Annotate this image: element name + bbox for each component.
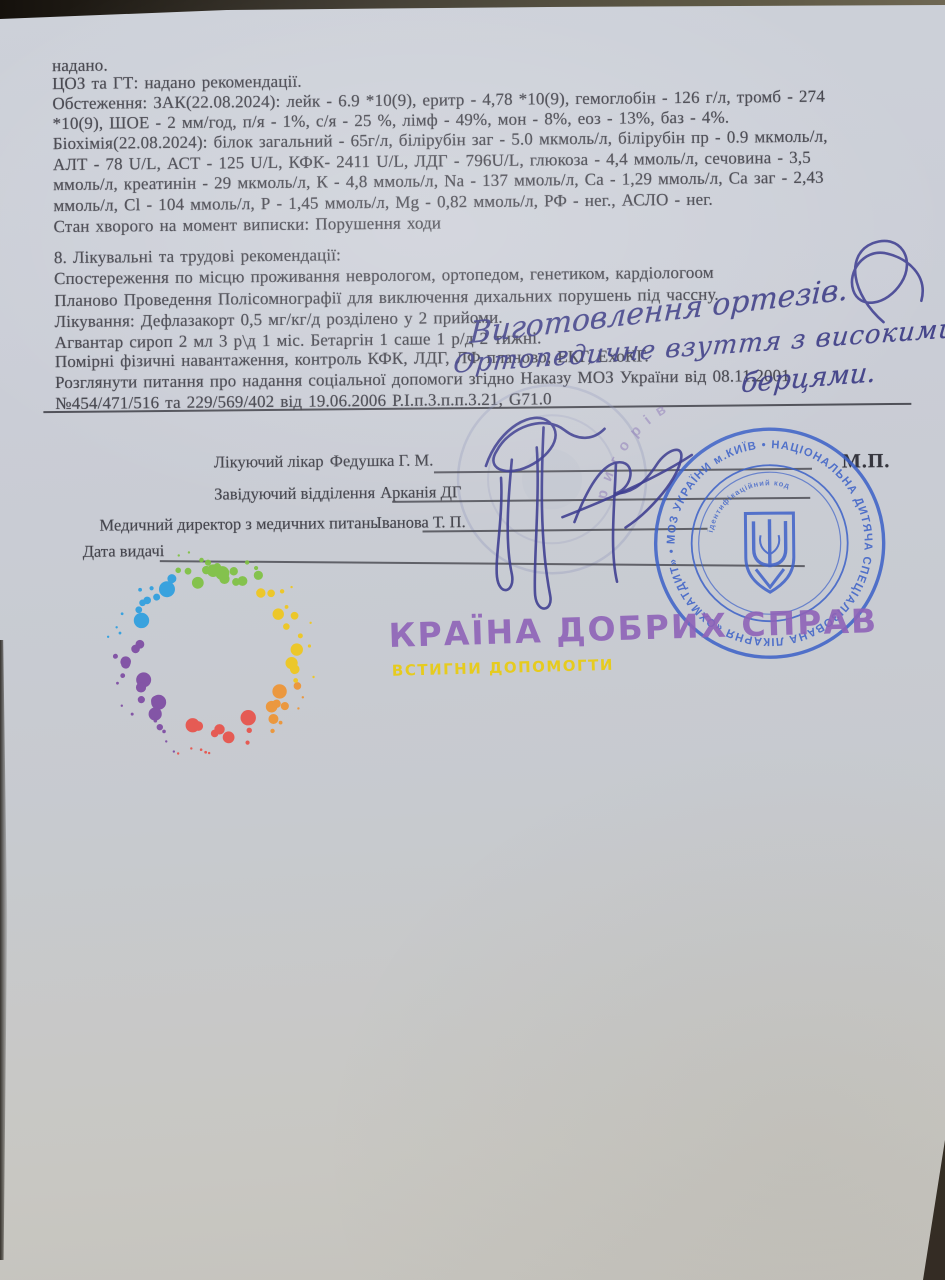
paper-sheet: надано. ЦОЗ та ГТ: надано рекомендації. … — [0, 0, 945, 1280]
document-photo: надано. ЦОЗ та ГТ: надано рекомендації. … — [0, 0, 945, 1280]
charity-logo-dot-ring — [97, 539, 329, 771]
